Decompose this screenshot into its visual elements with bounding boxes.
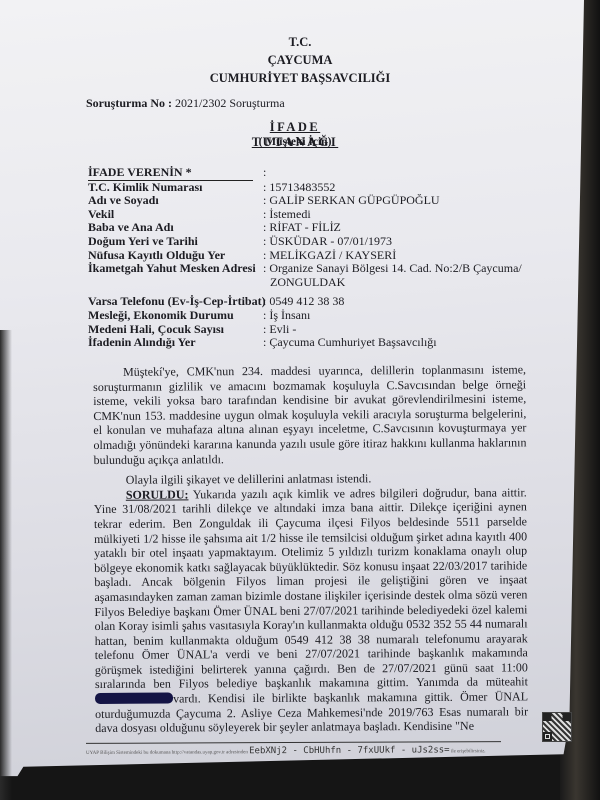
investigation-value: 2021/2302 Soruşturma: [175, 96, 285, 110]
header-tc: T.C.: [0, 33, 600, 51]
info-header-sep: :: [263, 166, 568, 181]
investigation-label: Soruşturma No :: [86, 96, 172, 110]
info-label: Adı ve Soyadı: [88, 194, 263, 208]
question-label: SORULDU:: [126, 487, 189, 501]
info-label: Varsa Telefonu (Ev-İş-Cep-İrtibat): [88, 295, 263, 309]
info-row: Nüfusa Kayıtlı Olduğu Yer : MELİKGAZİ / …: [88, 249, 568, 263]
statement-paragraph: SORULDU: Yukarıda yazılı açık kimlik ve …: [94, 485, 529, 736]
identity-info: İFADE VERENİN * : T.C. Kimlik Numarası :…: [88, 166, 568, 350]
info-value: : RİFAT - FİLİZ: [263, 221, 568, 235]
info-label: [88, 276, 263, 290]
info-value: : İş İnsanı: [263, 309, 568, 323]
footer-suffix: ile erişebilirsiniz.: [451, 749, 486, 754]
info-label: Mesleği, Ekonomik Durumu: [88, 309, 263, 323]
info-row: Vekil : İstemedi: [88, 208, 568, 222]
info-label: İkametgah Yahut Mesken Adresi: [88, 262, 263, 276]
info-label: Vekil: [88, 208, 263, 222]
info-row: Adı ve Soyadı : GALİP SERKAN GÜPGÜPOĞLU: [88, 194, 568, 208]
info-label: Nüfusa Kayıtlı Olduğu Yer: [88, 249, 263, 263]
info-value: : MELİKGAZİ / KAYSERİ: [263, 249, 568, 263]
statement-body: Müştekí'ye, CMK'nun 234. maddesi uyarınc…: [93, 362, 528, 735]
info-value: : 0549 412 38 38: [263, 295, 568, 309]
info-row: İkametgah Yahut Mesken Adresi : Organize…: [88, 262, 568, 276]
statement-text-1: Yukarıda yazılı açık kimlik ve adres bil…: [94, 485, 528, 691]
info-label: Medeni Hali, Çocuk Sayısı: [88, 323, 263, 337]
footer-prefix: UYAP Bilişim Sistemindeki bu dokumana ht…: [86, 750, 248, 756]
investigation-number: Soruşturma No : 2021/2302 Soruşturma: [86, 96, 285, 111]
header-city: ÇAYCUMA: [0, 51, 600, 69]
redaction-mark: [95, 693, 173, 704]
info-value: : ÜSKÜDAR - 07/01/1973: [263, 235, 568, 249]
info-header-label: İFADE VERENİN *: [88, 166, 253, 181]
info-value: : GALİP SERKAN GÜPGÜPOĞLU: [263, 194, 568, 208]
info-value: : İstemedi: [263, 208, 568, 222]
footer-code: EebXNj2 - CbHUhfn - 7fxUUkf - uJs2ss=: [249, 745, 450, 756]
rights-paragraph: Müştekí'ye, CMK'nun 234. maddesi uyarınc…: [93, 362, 527, 467]
info-value: ZONGULDAK: [263, 276, 568, 290]
document-subtitle: ( Müşteki İçin): [230, 136, 360, 148]
footer-verification: UYAP Bilişim Sistemindeki bu dokumana ht…: [86, 745, 526, 757]
info-row: İfadenin Alındığı Yer : Çaycuma Cumhuriy…: [88, 336, 568, 350]
info-row: ZONGULDAK: [88, 276, 568, 290]
header-office: CUMHURİYET BAŞSAVCILIĞI: [0, 69, 600, 87]
info-header: İFADE VERENİN * :: [88, 166, 568, 181]
info-row: Varsa Telefonu (Ev-İş-Cep-İrtibat) : 054…: [88, 295, 568, 309]
info-value: : 15713483552: [263, 181, 568, 195]
info-label: T.C. Kimlik Numarası: [88, 181, 263, 195]
background-left-shadow: [0, 330, 12, 800]
info-label: Baba ve Ana Adı: [88, 221, 263, 235]
info-row: Medeni Hali, Çocuk Sayısı : Evli -: [88, 323, 568, 337]
info-row: T.C. Kimlik Numarası : 15713483552: [88, 181, 568, 195]
info-row: Baba ve Ana Adı : RİFAT - FİLİZ: [88, 221, 568, 235]
info-row: Mesleği, Ekonomik Durumu : İş İnsanı: [88, 309, 568, 323]
info-label: İfadenin Alındığı Yer: [88, 336, 263, 350]
info-value: : Organize Sanayi Bölgesi 14. Cad. No:2/…: [263, 262, 568, 276]
document-header: T.C. ÇAYCUMA CUMHURİYET BAŞSAVCILIĞI: [0, 33, 600, 87]
info-value: : Çaycuma Cumhuriyet Başsavcılığı: [263, 336, 568, 350]
info-row: Doğum Yeri ve Tarihi : ÜSKÜDAR - 07/01/1…: [88, 235, 568, 249]
qr-code-icon: [543, 713, 571, 741]
info-value: : Evli -: [263, 323, 568, 337]
info-label: Doğum Yeri ve Tarihi: [88, 235, 263, 249]
